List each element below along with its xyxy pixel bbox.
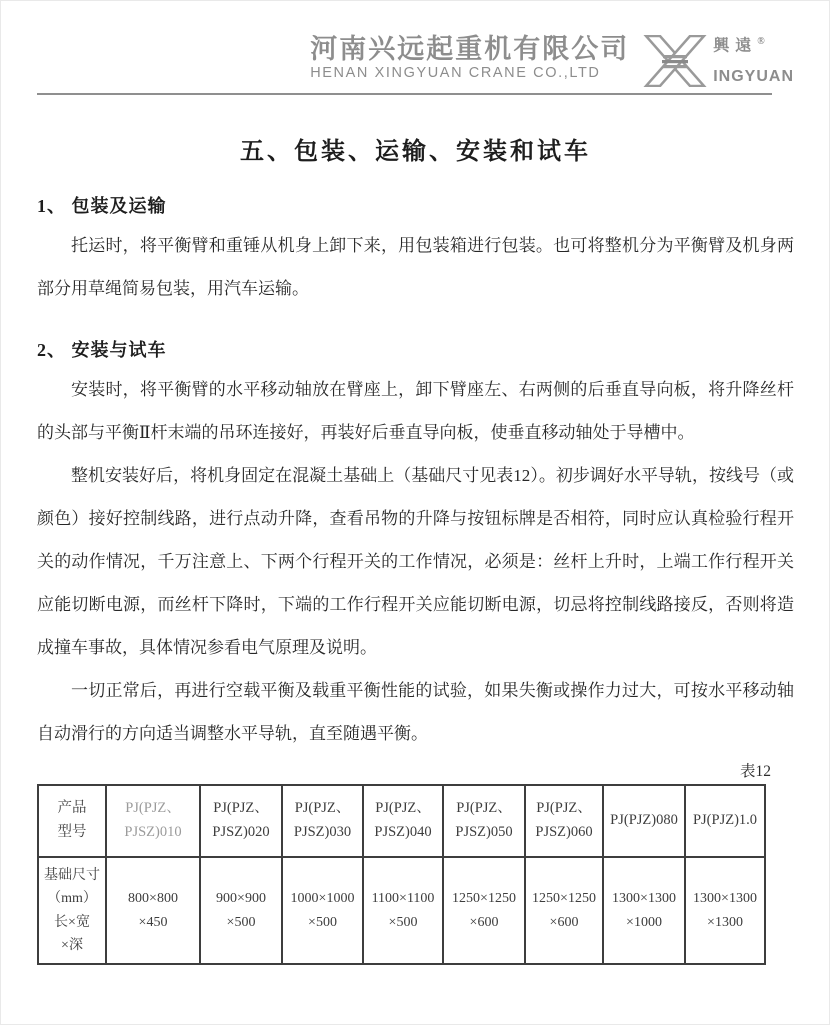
- page-header: 河南兴远起重机有限公司 HENAN XINGYUAN CRANE CO.,LTD…: [37, 35, 794, 87]
- brand-chinese: 興遠®: [713, 37, 794, 54]
- table-row-models: 产品 型号 PJ(PJZ、 PJSZ)010 PJ(PJZ、 PJSZ)020 …: [38, 785, 765, 857]
- brand-english: INGYUAN: [713, 69, 794, 85]
- cell-dim-080: 1300×1300 ×1000: [603, 857, 685, 964]
- section-1-heading: 1、 包装及运输: [37, 192, 794, 218]
- cell-product-model-header: 产品 型号: [38, 785, 106, 857]
- cell-model-080: PJ(PJZ)080: [603, 785, 685, 857]
- cell-model-030: PJ(PJZ、 PJSZ)030: [282, 785, 363, 857]
- cell-foundation-size-header: 基础尺寸 （mm） 长×宽 ×深: [38, 857, 106, 964]
- section-installation-test: 2、 安装与试车 安装时，将平衡臂的水平移动轴放在臂座上，卸下臂座左、右两侧的后…: [37, 336, 794, 755]
- table-12-label: 表12: [37, 759, 794, 781]
- cell-model-060: PJ(PJZ、 PJSZ)060: [525, 785, 603, 857]
- foundation-dimensions-table: 产品 型号 PJ(PJZ、 PJSZ)010 PJ(PJZ、 PJSZ)020 …: [37, 784, 766, 965]
- section-2-paragraph-1: 安装时，将平衡臂的水平移动轴放在臂座上，卸下臂座左、右两侧的后垂直导向板，将升降…: [37, 368, 794, 454]
- section-1-paragraph: 托运时，将平衡臂和重锤从机身上卸下来，用包装箱进行包装。也可将整机分为平衡臂及机…: [37, 224, 794, 310]
- cell-model-010: PJ(PJZ、 PJSZ)010: [106, 785, 200, 857]
- header-divider: [37, 93, 772, 95]
- cell-dim-050: 1250×1250 ×600: [443, 857, 525, 964]
- section-2-paragraph-3: 一切正常后，再进行空载平衡及载重平衡性能的试验，如果失衡或操作力过大，可按水平移…: [37, 669, 794, 755]
- xingyuan-x-logo-icon: [643, 35, 707, 87]
- section-packaging-transport: 1、 包装及运输 托运时，将平衡臂和重锤从机身上卸下来，用包装箱进行包装。也可将…: [37, 192, 794, 310]
- cell-model-050: PJ(PJZ、 PJSZ)050: [443, 785, 525, 857]
- brand-chinese-text: 興遠: [713, 37, 757, 54]
- cell-model-020: PJ(PJZ、 PJSZ)020: [200, 785, 282, 857]
- company-name-english: HENAN XINGYUAN CRANE CO.,LTD: [310, 65, 629, 81]
- logo-text-block: 興遠® INGYUAN: [713, 35, 794, 85]
- cell-dim-010: 800×800 ×450: [106, 857, 200, 964]
- cell-dim-030: 1000×1000 ×500: [282, 857, 363, 964]
- company-name-block: 河南兴远起重机有限公司 HENAN XINGYUAN CRANE CO.,LTD: [310, 35, 629, 81]
- section-2-heading: 2、 安装与试车: [37, 336, 794, 362]
- section-2-paragraph-2: 整机安装好后，将机身固定在混凝土基础上（基础尺寸见表12）。初步调好水平导轨，按…: [37, 454, 794, 669]
- registered-mark: ®: [757, 36, 764, 47]
- company-logo: 興遠® INGYUAN: [643, 35, 794, 87]
- table-row-foundation-dimensions: 基础尺寸 （mm） 长×宽 ×深 800×800 ×450 900×900 ×5…: [38, 857, 765, 964]
- cell-model-1-0: PJ(PJZ)1.0: [685, 785, 765, 857]
- cell-dim-040: 1100×1100 ×500: [363, 857, 443, 964]
- cell-dim-060: 1250×1250 ×600: [525, 857, 603, 964]
- cell-model-040: PJ(PJZ、 PJSZ)040: [363, 785, 443, 857]
- manual-page: 河南兴远起重机有限公司 HENAN XINGYUAN CRANE CO.,LTD…: [1, 1, 829, 965]
- cell-dim-1-0: 1300×1300 ×1300: [685, 857, 765, 964]
- cell-dim-020: 900×900 ×500: [200, 857, 282, 964]
- company-name-chinese: 河南兴远起重机有限公司: [310, 35, 629, 63]
- page-title: 五、包装、运输、安装和试车: [37, 131, 794, 166]
